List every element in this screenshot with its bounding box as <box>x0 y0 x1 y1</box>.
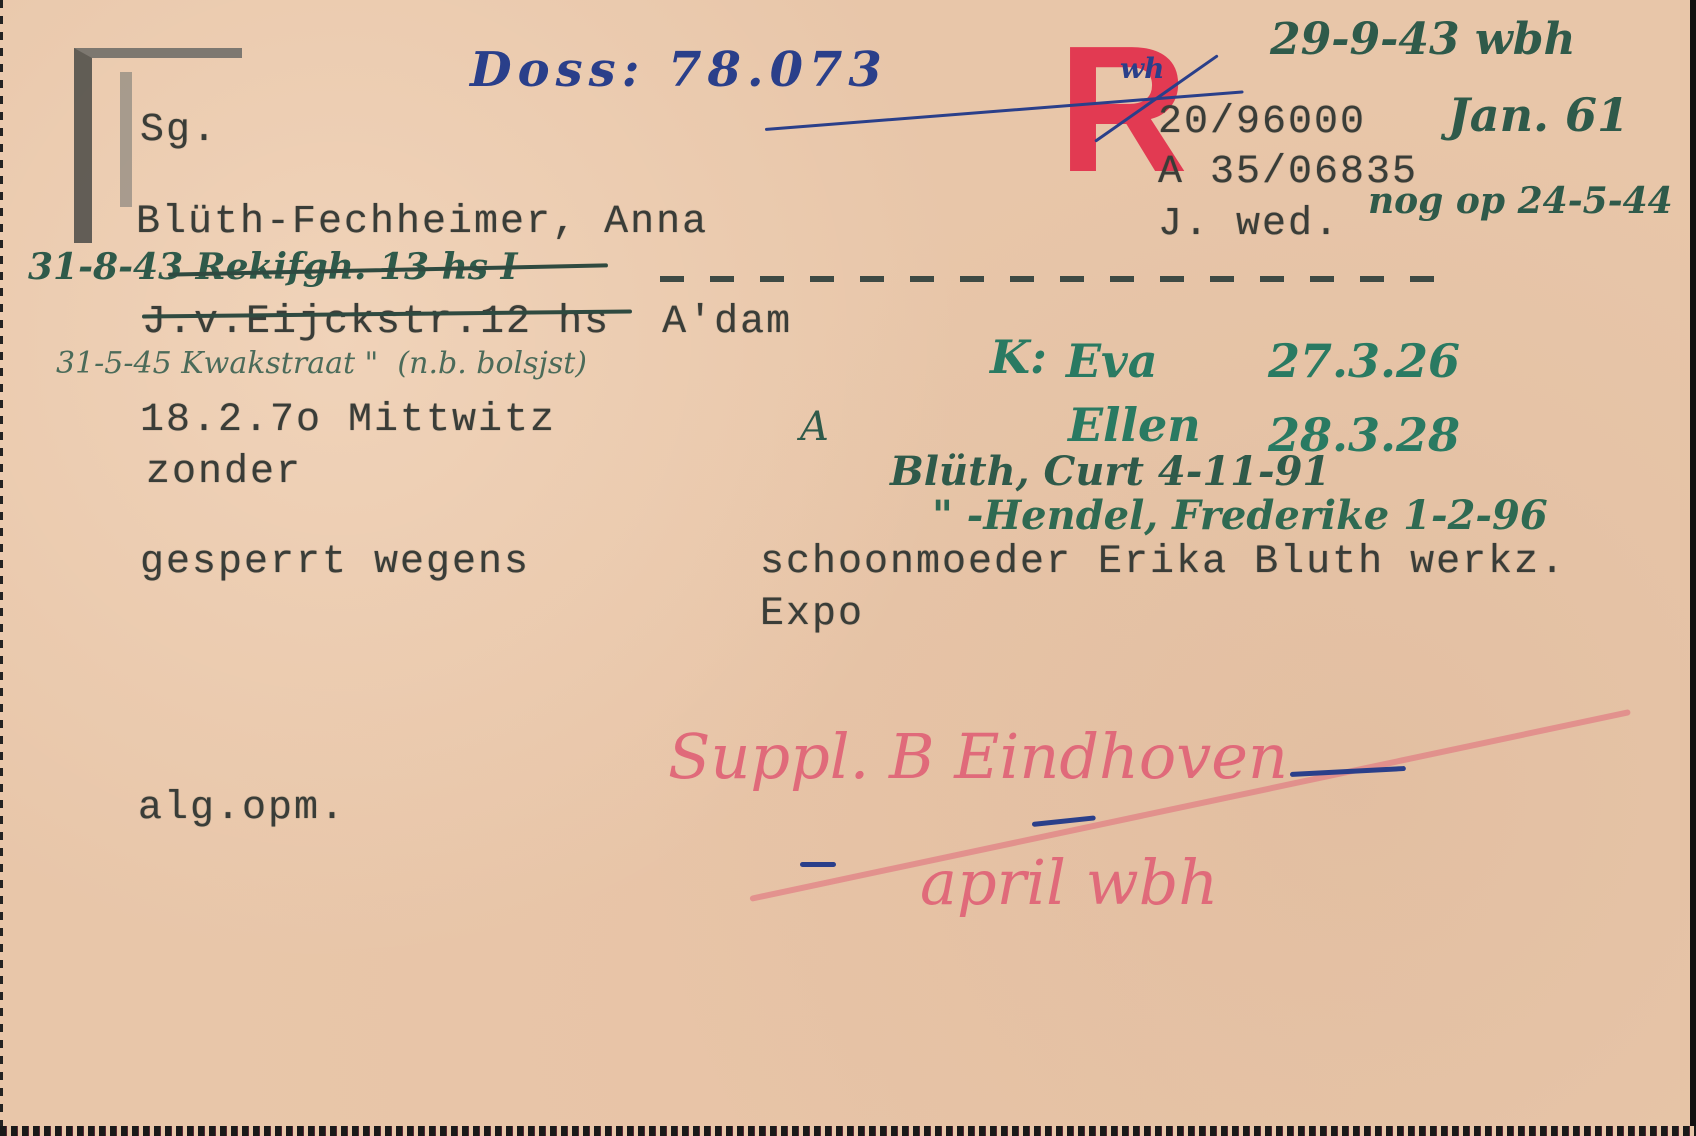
typed-name: Blüth-Fechheimer, Anna <box>136 200 708 245</box>
blue-underline-mark-3 <box>1290 766 1406 777</box>
perforated-bottom-edge <box>0 1126 1696 1136</box>
handwritten-mark: A <box>800 404 829 450</box>
handwritten-new-address: 31-5-45 Kwakstraat " (n.b. bolsjst) <box>56 346 587 381</box>
handwritten-child-1-date: 27.3.26 <box>1268 334 1460 388</box>
k-stamp-glyph <box>120 72 132 207</box>
typed-code: Sg. <box>140 108 218 153</box>
red-pencil-note-1: Suppl. B Eindhoven <box>668 720 1288 793</box>
dashed-divider <box>660 276 1460 282</box>
scan-border-right <box>1690 0 1696 1136</box>
red-pencil-note-2: april wbh <box>920 846 1218 919</box>
typed-address: J.v.Eijckstr.12 hs A'dam <box>142 300 792 345</box>
handwritten-initials-on-r: wh <box>1120 52 1164 85</box>
handwritten-jan-note: Jan. 61 <box>1448 88 1629 142</box>
card-left-edge <box>0 0 3 1136</box>
handwritten-dossier: Doss: 78.073 <box>470 42 888 98</box>
handwritten-nog-op: nog op 24-5-44 <box>1368 180 1673 222</box>
typed-number-1: 20/96000 <box>1158 100 1366 145</box>
typed-blocked-label: gesperrt wegens <box>140 540 530 585</box>
handwritten-relative-1: Blüth, Curt 4-11-91 <box>890 448 1330 495</box>
handwritten-child-1-name: Eva <box>1066 334 1158 388</box>
typed-blocked-reason: schoonmoeder Erika Bluth werkz. <box>760 540 1566 585</box>
archive-index-card: R Sg. Blüth-Fechheimer, Anna 20/96000 A … <box>0 0 1690 1128</box>
typed-remarks-label: alg.opm. <box>138 786 346 831</box>
typed-blocked-reason-2: Expo <box>760 592 864 637</box>
typed-profession: zonder <box>146 450 302 495</box>
handwritten-top-date: 29-9-43 wbh <box>1270 14 1576 65</box>
handwritten-child-2-name: Ellen <box>1068 398 1201 452</box>
handwritten-relative-2: " -Hendel, Frederike 1-2-96 <box>932 492 1548 539</box>
blue-underline-mark-1 <box>800 862 836 867</box>
typed-status: J. wed. <box>1158 202 1340 247</box>
handwritten-children-label: K: <box>990 330 1047 384</box>
typed-birth: 18.2.7o Mittwitz <box>140 398 556 443</box>
